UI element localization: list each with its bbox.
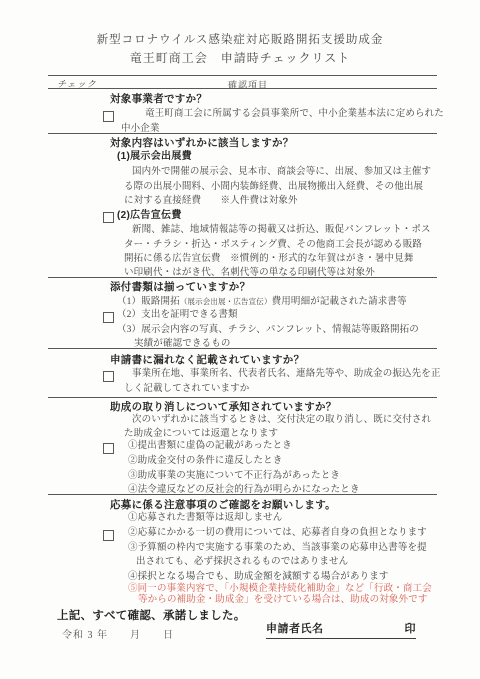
section4-rule [48,397,437,398]
column-header-item: 確認項目 [228,78,268,91]
section4-line2: しく記載してされていますか [124,384,249,395]
scanned-checklist-document: 新型コロナウイルス感染症対応販路開拓支援助成金 竜王町商工会 申請時チェックリス… [0,0,480,679]
section3-item1-pre: （1）販路開拓 [117,297,180,307]
section6-item5-red: ⑤同一の事業内容で、「小規模企業持続化補助金」など「行政・商工会 [128,584,432,595]
section5-item2: ②助成金交付の条件に違反したとき [128,456,282,467]
confirmation-statement: 上記、すべて確認、承諾しました。 [57,607,246,623]
applicant-signature-row: 申請者氏名 印 [266,620,416,639]
section2-sub1-line3: に対する直接経費 ※人件費は対象外 [124,196,298,207]
section5-intro2: た助成金については返還となります [124,429,278,440]
checkbox-application-complete [103,371,114,382]
section6-item2: ②応募にかかる一切の費用については、応募者自身の負担となります [128,528,427,539]
section3-item1: （1）販路開拓（展示会出展・広告宣伝）費用明細が記載された請求書等 [117,296,407,308]
checkbox-application-notes [103,530,114,541]
section3-item2: （2）支出を証明できる書類 [117,310,238,321]
section5-item3: ③助成事業の実施について不正行為があったとき [128,471,340,482]
section2-sub1-line1: 国内外で開催の展示会、見本市、商談会等に、出展、参加又は主催す [132,167,431,178]
table-top-rule [48,75,437,76]
date-line: 令和 3 年 月 日 [62,626,174,641]
checkbox-target-business [103,111,114,122]
section3-rule [48,348,437,349]
section2-rule [48,277,437,278]
section5-intro1: 次のいずれかに該当するときは、交付決定の取り消し、既に交付され [132,415,431,426]
section3-heading: 添付書類は揃っていますか？ [110,281,250,293]
section1-heading: 対象事業者ですか？ [110,93,207,105]
section6-item3: ③予算額の枠内で実施する事業のため、当該事業の応募申込書等を提 [128,543,427,554]
section2-heading: 対象内容はいずれかに該当しますか？ [110,137,294,149]
section2-sub2-heading: (2)広告宣伝費 [117,210,182,222]
section2-sub2-line2: ター・チラシ・折込・ポスティング費、その他商工会長が認める販路 [124,240,422,251]
applicant-name-label: 申請者氏名 [266,620,324,636]
checkbox-advertising [103,212,114,223]
section2-sub1-line2: る際の出展小間料、小間内装飾経費、出展物搬出入経費、その他出展 [124,182,423,193]
section6-item1: ①応募された書類等は返却しません [128,513,282,524]
section6-heading: 応募に係る注意事項のご確認をお願いします。 [110,499,336,511]
section3-item1-small: （展示会出展・広告宣伝） [180,297,272,306]
checkbox-cancellation-terms [103,443,114,454]
seal-label: 印 [405,620,417,636]
section1-line1: 竜王町商工会に所属する会員事業所で、中小企業基本法に定められた [145,109,444,120]
section6-item3-cont: 出されても、必ず採択されるものではありません [136,557,348,568]
table-header-rule [48,88,437,89]
section4-line1: 事業所在地、事業所名、代表者氏名、連絡先等や、助成金の振込先を正 [132,369,441,380]
section1-rule [48,133,437,134]
page-title-line1: 新型コロナウイルス感染症対応販路開拓支援助成金 [0,31,480,47]
section3-item1-post: 費用明細が記載された請求書等 [272,297,407,307]
checkbox-attachments [103,312,114,323]
section2-sub1-heading: (1)展示会出展費 [117,151,192,163]
section5-rule [48,494,437,495]
section2-sub2-line1: 新聞、雑誌、地域情報誌等の掲載又は折込、販促パンフレット・ポス [132,225,431,236]
section6-item5-red-cont: 等からの補助金・助成金」を受けている場合は、助成の対象外です [138,595,428,606]
section4-heading: 申請書に漏れなく記載されていますか？ [110,354,304,366]
section2-sub2-line3: 開拓に係る広告宣伝費 ※慣例的・形式的な年賀はがき・暑中見舞 [124,254,414,265]
section6-item4: ④採択となる場合でも、助成金額を減額する場合があります [128,572,389,583]
section3-item3: （3）展示会内容の写真、チラシ、パンフレット、情報誌等販路開拓の [117,325,419,336]
page-title-line2: 竜王町商工会 申請時チェックリスト [0,49,480,66]
section5-heading: 助成の取り消しについて承知されていますか？ [110,401,337,413]
section5-item1: ①提出書類に虚偽の記載があったとき [128,441,292,452]
